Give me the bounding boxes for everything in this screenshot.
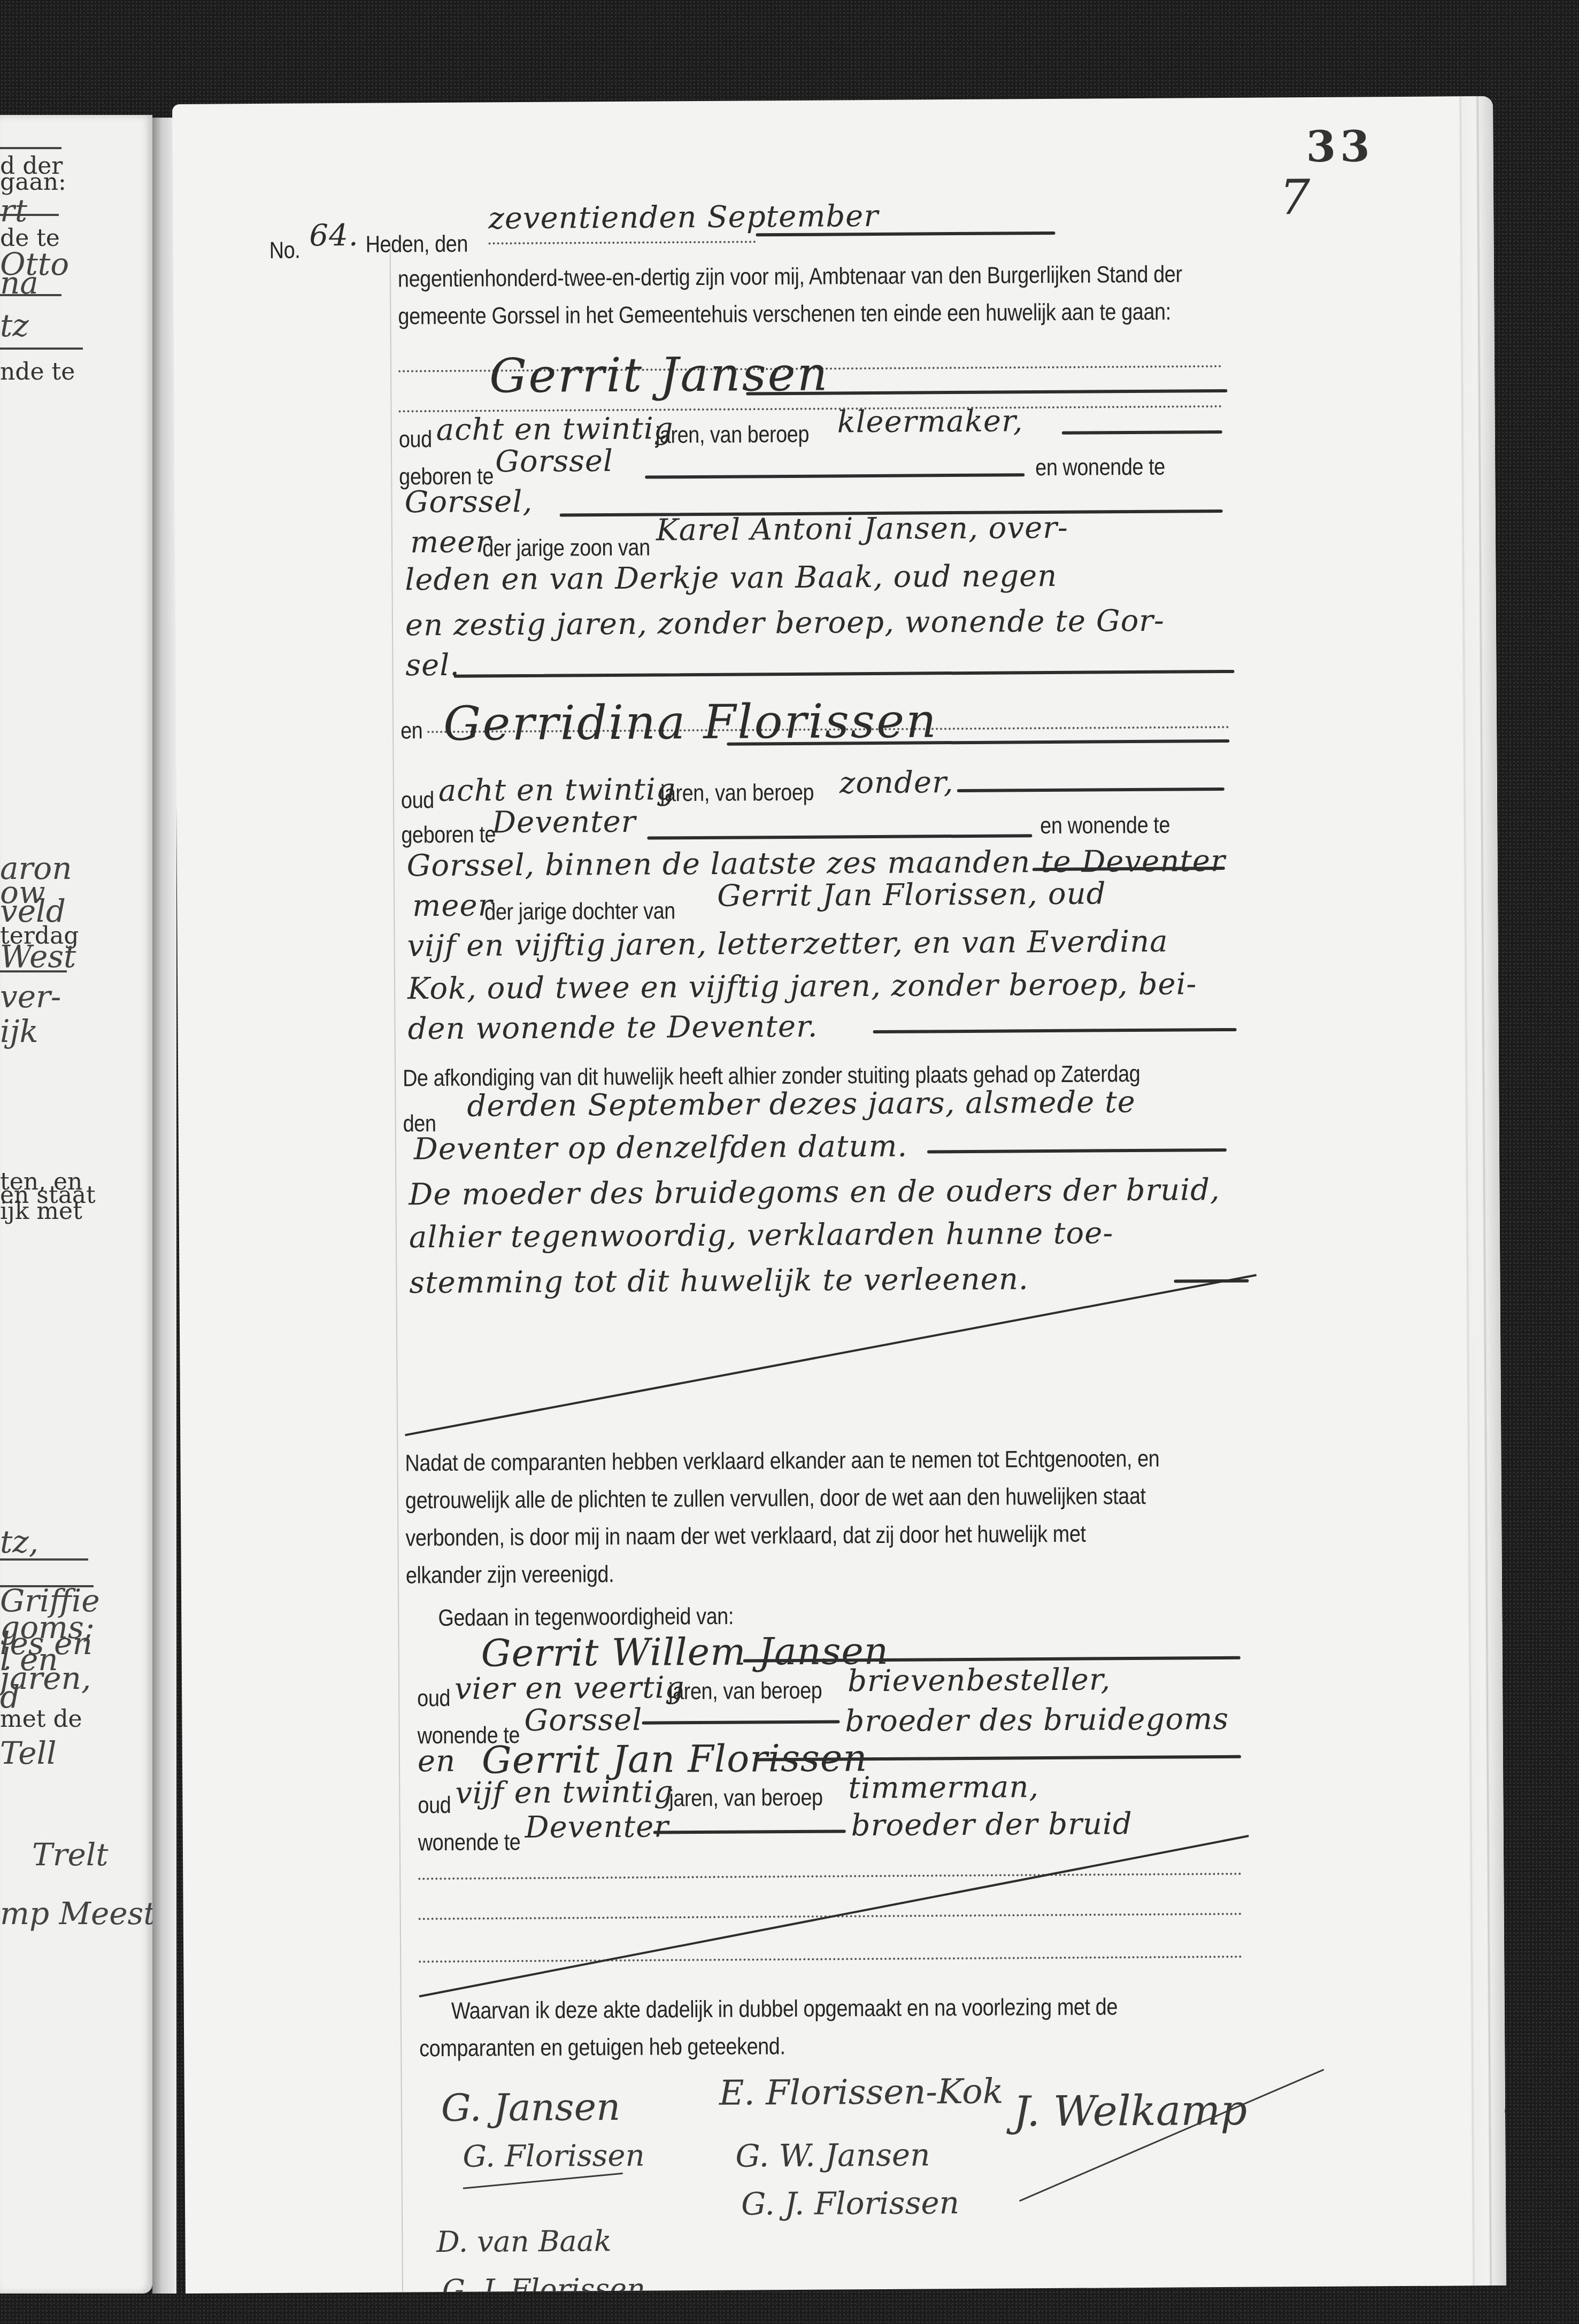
signature-groom: G. Jansen [441, 2085, 621, 2130]
bride-parents-1: Gerrit Jan Florissen, oud [717, 876, 1106, 913]
groom-parents-2: leden en van Derkje van Baak, oud negen [405, 559, 1057, 597]
signature-mother-of-groom: D. van Baak [436, 2224, 612, 2259]
signature-witness1: G. W. Jansen [735, 2136, 930, 2174]
ruled-line [0, 214, 59, 216]
declaration-line2: getrouwelijk alle de plichten te zullen … [405, 1483, 1146, 1514]
header-line1-label: Heden, den [365, 231, 468, 258]
record-no: 64. [309, 218, 358, 253]
declaration-line3: verbonden, is door mij in naam der wet v… [405, 1521, 1085, 1552]
fill-rule [454, 670, 1235, 678]
ruled-line [0, 147, 61, 149]
witness1-name: Gerrit Willem Jansen [481, 1629, 889, 1676]
signature-father-of-bride: G. J. Florissen [442, 2272, 645, 2294]
bride-parents-4: den wonende te Deventer. [407, 1009, 818, 1047]
left-hand: West [0, 938, 76, 975]
page-number: 33 [1306, 121, 1374, 172]
bride-years-label: jaren, van beroep [660, 779, 814, 807]
proclamation-line1: derden September dezes jaars, alsmede te [467, 1085, 1136, 1124]
left-hand: tz [0, 307, 29, 344]
proclamation-line3: De moeder des bruidegoms en de ouders de… [409, 1172, 1220, 1212]
bride-age: acht en twintig [438, 772, 676, 808]
signature-underline [463, 2173, 623, 2189]
witness2-age-label: oud [418, 1792, 451, 1819]
witness2-relation: broeder der bruid [851, 1806, 1132, 1843]
book-gutter [152, 118, 176, 2294]
fill-rule [927, 1148, 1227, 1153]
fill-rule [957, 787, 1224, 792]
groom-born: Gorssel [495, 444, 613, 479]
fill-rule [873, 1028, 1237, 1033]
left-text: nde te [0, 358, 75, 385]
closing-line1: Waarvan ik deze akte dadelijk in dubbel … [451, 1994, 1118, 2025]
signature-bride: G. Florissen [463, 2138, 645, 2174]
edge-mark: 3 [1500, 2106, 1506, 2118]
certificate-page: 33 7 3 No. 64. Heden, den zeventienden S… [172, 96, 1506, 2294]
witness1-relation: broeder des bruidegoms [845, 1702, 1229, 1739]
left-text: ijk met [0, 1198, 82, 1225]
left-hand: ver- [0, 978, 61, 1015]
closing-line2: comparanten en getuigen heb geteekend. [419, 2033, 785, 2062]
declaration-line4: elkander zijn vereenigd. [406, 1561, 614, 1589]
bride-parents-3: Kok, oud twee en vijftig jaren, zonder b… [407, 967, 1197, 1006]
witness-intro: Gedaan in tegenwoordigheid van: [438, 1603, 734, 1632]
fill-rule [642, 1720, 839, 1724]
strike-line [419, 1835, 1249, 1997]
groom-parents-4: sel. [405, 648, 460, 683]
groom-occupation: kleermaker, [837, 404, 1023, 439]
groom-parents-1: Karel Antoni Jansen, over- [656, 511, 1068, 548]
ruled-line [0, 1558, 88, 1561]
header-line2: negentienhonderd-twee-en-dertig zijn voo… [398, 261, 1182, 292]
bride-status-label: der jarige dochter van [484, 898, 675, 925]
dotted-line [418, 1873, 1242, 1880]
witness2-residing: Deventer [525, 1809, 669, 1845]
witness2-residing-label: wonende te [418, 1829, 521, 1856]
dotted-line [399, 405, 1222, 412]
left-text: gaan: [0, 168, 66, 196]
signature-registrar: J. Welkamp [1013, 2087, 1247, 2136]
witness2-age: vijf en twintig [455, 1774, 674, 1810]
dotted-line [489, 241, 756, 244]
witness2-occupation: timmerman, [848, 1770, 1039, 1805]
left-text: met de [0, 1705, 82, 1733]
fill-rule [653, 1829, 846, 1834]
bride-parents-2: vijf en vijftig jaren, letterzetter, en … [407, 924, 1168, 964]
record-no-label: No. [269, 237, 301, 264]
signature-mother-of-bride: E. Florissen-Kok [719, 2072, 1004, 2113]
witness2-prefix: en [418, 1744, 456, 1779]
ruled-line [0, 294, 61, 296]
folio-mark: 7 [1280, 169, 1311, 226]
left-hand: tz, [0, 1524, 38, 1560]
left-signature: Tell [0, 1735, 57, 1771]
marriage-date: zeventienden September [488, 199, 879, 236]
fill-rule [647, 834, 1032, 839]
groom-parents-3: en zestig jaren, zonder beroep, wonende … [405, 604, 1165, 643]
witness1-years-label: jaren, van beroep [668, 1678, 822, 1705]
margin-rule [390, 242, 404, 2294]
groom-years-label: jaren, van beroep [656, 421, 810, 449]
fill-rule [645, 473, 1025, 478]
left-signature: mp Meester [0, 1895, 152, 1932]
proclamation-line2: Deventer op denzelfden datum. [414, 1129, 908, 1167]
declaration-line1: Nadat de comparanten hebben verklaard el… [405, 1446, 1159, 1477]
groom-age: acht en twintig [436, 411, 674, 447]
fill-rule [1062, 430, 1222, 435]
header-line3: gemeente Gorssel in het Gemeentehuis ver… [398, 299, 1171, 330]
left-page-fragment: d der gaan: rt de te Otto na tz nde te a… [0, 115, 152, 2294]
page-edge [1407, 96, 1506, 2286]
bride-born-label: geboren te [401, 821, 496, 848]
ruled-line [0, 970, 67, 972]
bride-residing-label: en wonende te [1040, 812, 1170, 839]
dotted-line [419, 1956, 1242, 1963]
witness1-age-label: oud [417, 1685, 450, 1712]
groom-residing: Gorssel, [404, 484, 533, 520]
witness1-residing: Gorssel [524, 1703, 642, 1738]
left-hand: ijk [0, 1013, 38, 1049]
witness1-occupation: brievenbesteller, [848, 1662, 1111, 1698]
groom-status: meer [410, 524, 491, 560]
witness1-age: vier en veertig [455, 1670, 685, 1707]
bride-conj: en [400, 717, 423, 744]
bride-occupation: zonder, [839, 765, 954, 800]
bride-status: meer [412, 888, 493, 923]
bride-age-label: oud [401, 787, 434, 814]
signature-witness2: G. J. Florissen [741, 2184, 959, 2222]
groom-age-label: oud [399, 426, 432, 453]
proclamation-line4: alhier tegenwoordig, verklaarden hunne t… [409, 1216, 1114, 1255]
proclamation-line5: stemming tot dit huwelijk te verleenen. [409, 1262, 1029, 1300]
left-hand: rt [0, 192, 27, 229]
groom-residing-label: en wonende te [1035, 454, 1165, 481]
witness2-years-label: jaren, van beroep [669, 1785, 823, 1812]
ruled-line [0, 348, 83, 350]
left-signature: Trelt [32, 1836, 109, 1873]
groom-status-label: der jarige zoon van [482, 535, 650, 562]
bride-born: Deventer [492, 805, 636, 840]
